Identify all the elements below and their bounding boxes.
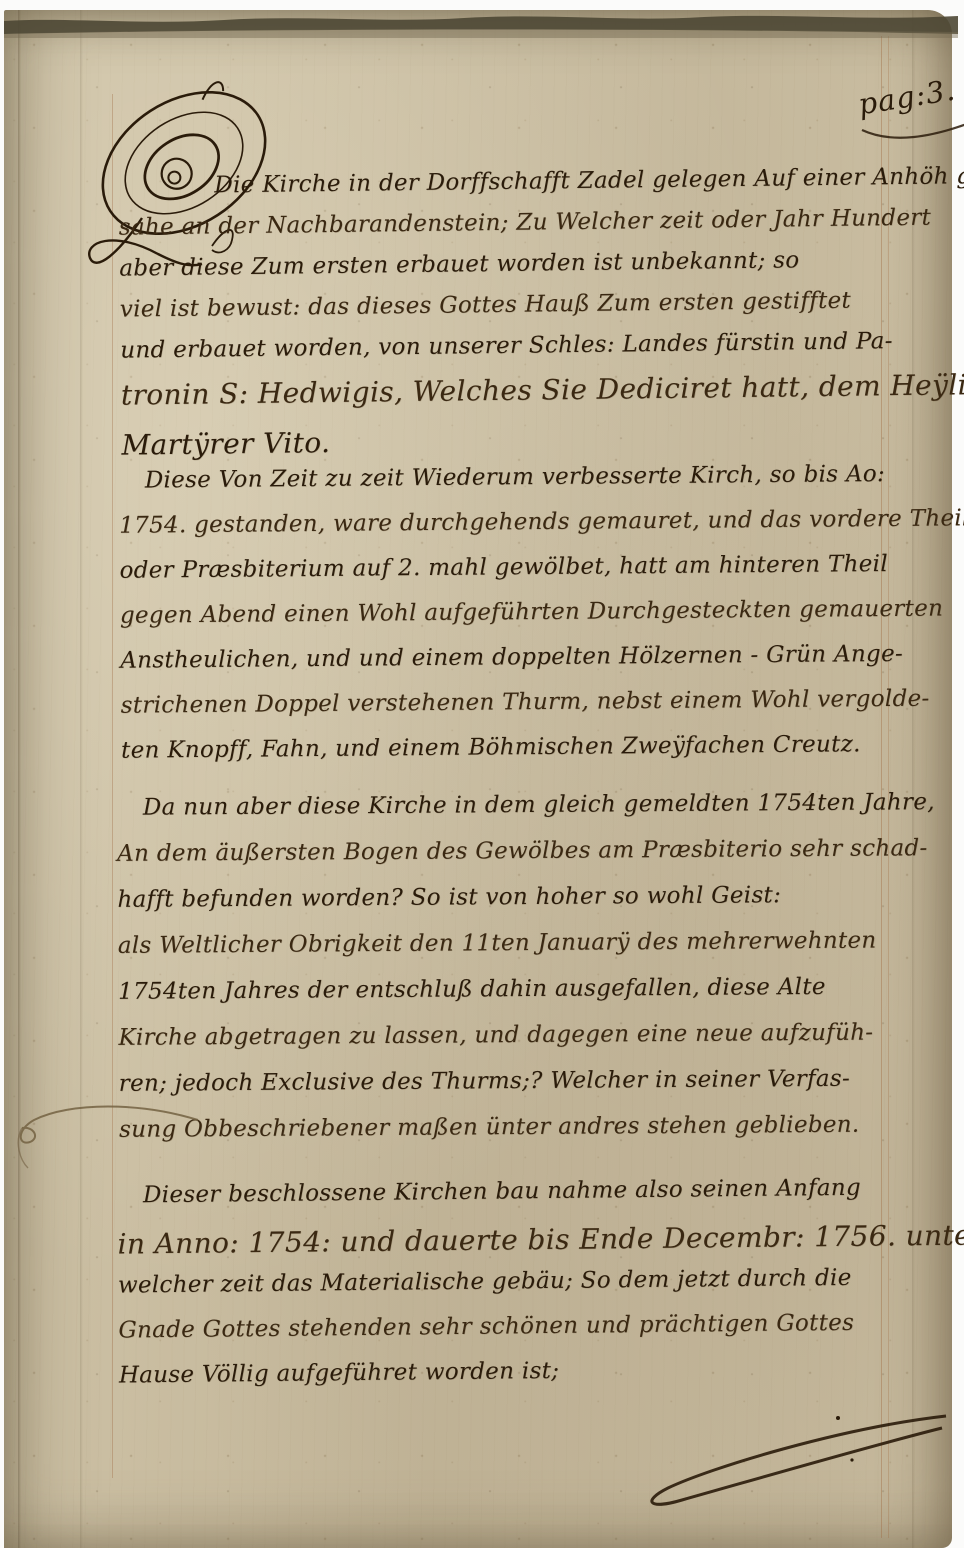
manuscript-line: ten Knopff, Fahn, und einem Böhmischen Z…: [121, 730, 964, 782]
manuscript-line: sung Obbeschriebener maßen ünter andres …: [119, 1111, 937, 1163]
paragraph-2: Diese Von Zeit zu zeit Wiederum verbesse…: [119, 460, 964, 782]
fold-crease-left: [80, 10, 83, 1548]
manuscript-line: Anstheulichen, und und einem doppelten H…: [120, 640, 964, 692]
manuscript-line: gegen Abend einen Wohl aufgeführten Durc…: [120, 595, 964, 647]
manuscript-line: Diese Von Zeit zu zeit Wiederum verbesse…: [119, 460, 964, 512]
manuscript-line: Da nun aber diese Kirche in dem gleich g…: [117, 789, 935, 841]
manuscript-line: An dem äußersten Bogen des Gewölbes am P…: [117, 835, 935, 887]
paragraph-3: Da nun aber diese Kirche in dem gleich g…: [117, 789, 938, 1163]
manuscript-line: oder Præsbiterium auf 2. mahl gewölbet, …: [119, 550, 964, 602]
left-margin-rule: [112, 94, 113, 1478]
manuscript-line: hafft befunden worden? So ist von hoher …: [117, 881, 935, 933]
manuscript-line: Kirche abgetragen zu lassen, und dagegen…: [118, 1019, 936, 1071]
manuscript-line: 1754. gestanden, ware durchgehends gemau…: [119, 505, 964, 557]
binding-crease: [18, 10, 21, 1548]
manuscript-line: Hause Völlig aufgeführet worden ist;: [119, 1353, 964, 1407]
paragraph-1: Die Kirche in der Dorffschafft Zadel gel…: [118, 162, 964, 478]
manuscript-line: 1754ten Jahres der entschluß dahin ausge…: [118, 973, 936, 1025]
paragraph-4: Dieser beschlossene Kirchen bau nahme al…: [117, 1173, 964, 1407]
manuscript-line: als Weltlicher Obrigkeit den 11ten Janua…: [118, 927, 936, 979]
manuscript-line: ren; jedoch Exclusive des Thurms;? Welch…: [119, 1065, 937, 1117]
manuscript-line: strichenen Doppel verstehenen Thurm, neb…: [121, 685, 964, 737]
